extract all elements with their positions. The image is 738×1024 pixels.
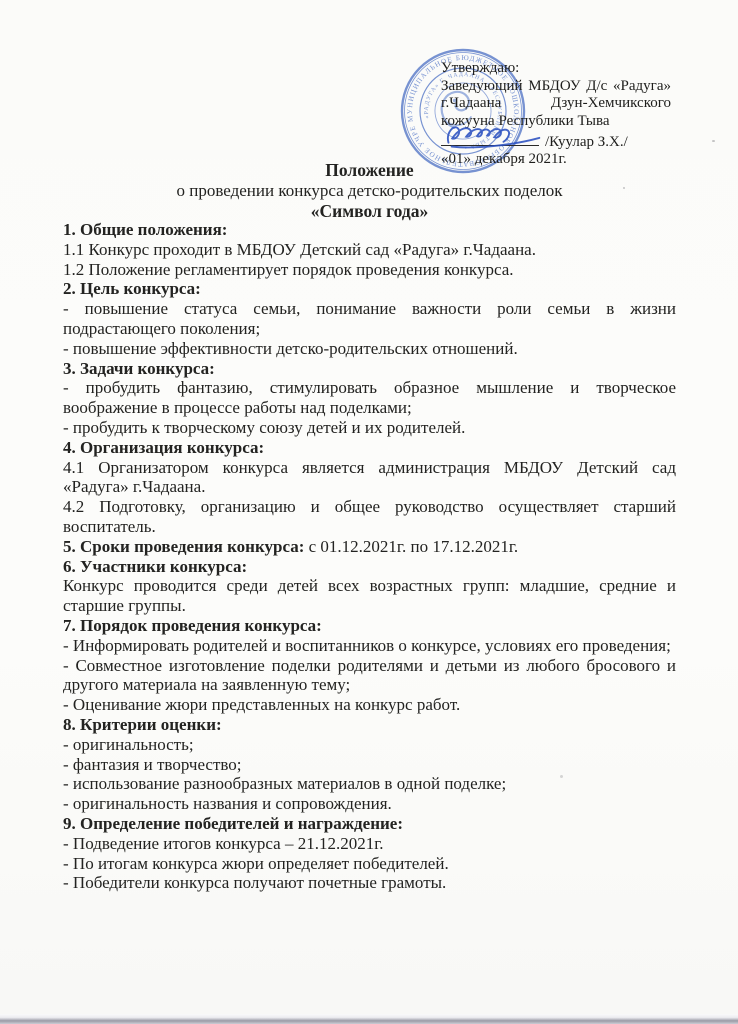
- paragraph-text: 1.2 Положение регламентирует порядок про…: [63, 260, 514, 279]
- list-item: - пробудить фантазию, стимулировать обра…: [63, 378, 676, 418]
- paragraph-text: - По итогам конкурса жюри определяет поб…: [63, 854, 449, 873]
- paragraph-text: 4.1 Организатором конкурса является адми…: [63, 458, 676, 497]
- paragraph-text: - Информировать родителей и воспитаннико…: [63, 636, 671, 655]
- section-heading: 1. Общие положения:: [63, 220, 676, 240]
- section-heading: 8. Критерии оценки:: [63, 715, 676, 735]
- list-item: - оригинальность названия и сопровождени…: [63, 794, 676, 814]
- title-word: Положение: [63, 160, 676, 181]
- body-paragraph: Конкурс проводится среди детей всех возр…: [63, 576, 676, 616]
- title-contest-name: «Символ года»: [63, 201, 676, 222]
- section-heading: 7. Порядок проведения конкурса:: [63, 616, 676, 636]
- heading-text: 5. Сроки проведения конкурса:: [63, 537, 304, 556]
- document-page: МУНИЦИПАЛЬНОЕ БЮДЖЕТНОЕ ДОШКОЛЬНОЕ ОБРАЗ…: [0, 0, 738, 1024]
- body-paragraph: 4.2 Подготовку, организацию и общее руко…: [63, 497, 676, 537]
- scan-speck: [560, 775, 563, 778]
- heading-text: 1. Общие положения:: [63, 220, 227, 239]
- list-item: - фантазия и творчество;: [63, 755, 676, 775]
- heading-text: 4. Организация конкурса:: [63, 438, 264, 457]
- paragraph-text: - фантазия и творчество;: [63, 755, 242, 774]
- section-heading: 9. Определение победителей и награждение…: [63, 814, 676, 834]
- approval-block: Утверждаю: Заведующий МБДОУ Д/с «Радуга»…: [441, 60, 671, 169]
- document-title: Положение о проведении конкурса детско-р…: [63, 160, 676, 222]
- paragraph-text: - Совместное изготовление поделки родите…: [63, 656, 676, 695]
- section-heading: 4. Организация конкурса:: [63, 438, 676, 458]
- list-item: - повышение эффективности детско-родител…: [63, 339, 676, 359]
- signature-row: /Куулар З.Х./: [441, 131, 671, 151]
- section-heading: 3. Задачи конкурса:: [63, 359, 676, 379]
- list-item: - Подведение итогов конкурса – 21.12.202…: [63, 834, 676, 854]
- paragraph-text: с 01.12.2021г. по 17.12.2021г.: [304, 537, 518, 556]
- paragraph-text: - Оценивание жюри представленных на конк…: [63, 695, 460, 714]
- list-item: - Совместное изготовление поделки родите…: [63, 656, 676, 696]
- list-item: - По итогам конкурса жюри определяет поб…: [63, 854, 676, 874]
- section-heading: 2. Цель конкурса:: [63, 279, 676, 299]
- heading-text: 8. Критерии оценки:: [63, 715, 222, 734]
- heading-text: 2. Цель конкурса:: [63, 279, 201, 298]
- scan-artifact-bottom-edge: [0, 1014, 738, 1024]
- list-item: - использование разнообразных материалов…: [63, 774, 676, 794]
- paragraph-text: - оригинальность названия и сопровождени…: [63, 794, 392, 813]
- paragraph-text: - повышение статуса семьи, понимание важ…: [63, 299, 676, 338]
- scan-speck: [623, 187, 625, 189]
- approval-label: Утверждаю:: [441, 60, 671, 78]
- paragraph-text: - пробудить к творческому союзу детей и …: [63, 418, 465, 437]
- paragraph-text: Конкурс проводится среди детей всех возр…: [63, 576, 676, 615]
- paragraph-text: - использование разнообразных материалов…: [63, 774, 506, 793]
- list-item: - Информировать родителей и воспитаннико…: [63, 636, 676, 656]
- list-item: - Оценивание жюри представленных на конк…: [63, 695, 676, 715]
- list-item: - оригинальность;: [63, 735, 676, 755]
- list-item: - Победители конкурса получают почетные …: [63, 873, 676, 893]
- paragraph-text: - Подведение итогов конкурса – 21.12.202…: [63, 834, 384, 853]
- body-paragraph: 5. Сроки проведения конкурса: с 01.12.20…: [63, 537, 676, 557]
- paragraph-text: - пробудить фантазию, стимулировать обра…: [63, 378, 676, 417]
- body-paragraph: 4.1 Организатором конкурса является адми…: [63, 458, 676, 498]
- handwritten-signature: [442, 115, 555, 151]
- heading-text: 9. Определение победителей и награждение…: [63, 814, 403, 833]
- scan-speck: [712, 140, 715, 142]
- list-item: - повышение статуса семьи, понимание важ…: [63, 299, 676, 339]
- heading-text: 7. Порядок проведения конкурса:: [63, 616, 322, 635]
- heading-text: 3. Задачи конкурса:: [63, 359, 215, 378]
- heading-text: 6. Участники конкурса:: [63, 557, 247, 576]
- title-subtitle: о проведении конкурса детско-родительски…: [63, 181, 676, 202]
- paragraph-text: 1.1 Конкурс проходит в МБДОУ Детский сад…: [63, 240, 536, 259]
- paragraph-text: - повышение эффективности детско-родител…: [63, 339, 518, 358]
- paragraph-text: 4.2 Подготовку, организацию и общее руко…: [63, 497, 676, 536]
- list-item: - пробудить к творческому союзу детей и …: [63, 418, 676, 438]
- paragraph-text: - оригинальность;: [63, 735, 194, 754]
- section-heading: 6. Участники конкурса:: [63, 557, 676, 577]
- paragraph-text: - Победители конкурса получают почетные …: [63, 873, 446, 892]
- document-body: 1. Общие положения:1.1 Конкурс проходит …: [63, 220, 676, 893]
- body-paragraph: 1.2 Положение регламентирует порядок про…: [63, 260, 676, 280]
- body-paragraph: 1.1 Конкурс проходит в МБДОУ Детский сад…: [63, 240, 676, 260]
